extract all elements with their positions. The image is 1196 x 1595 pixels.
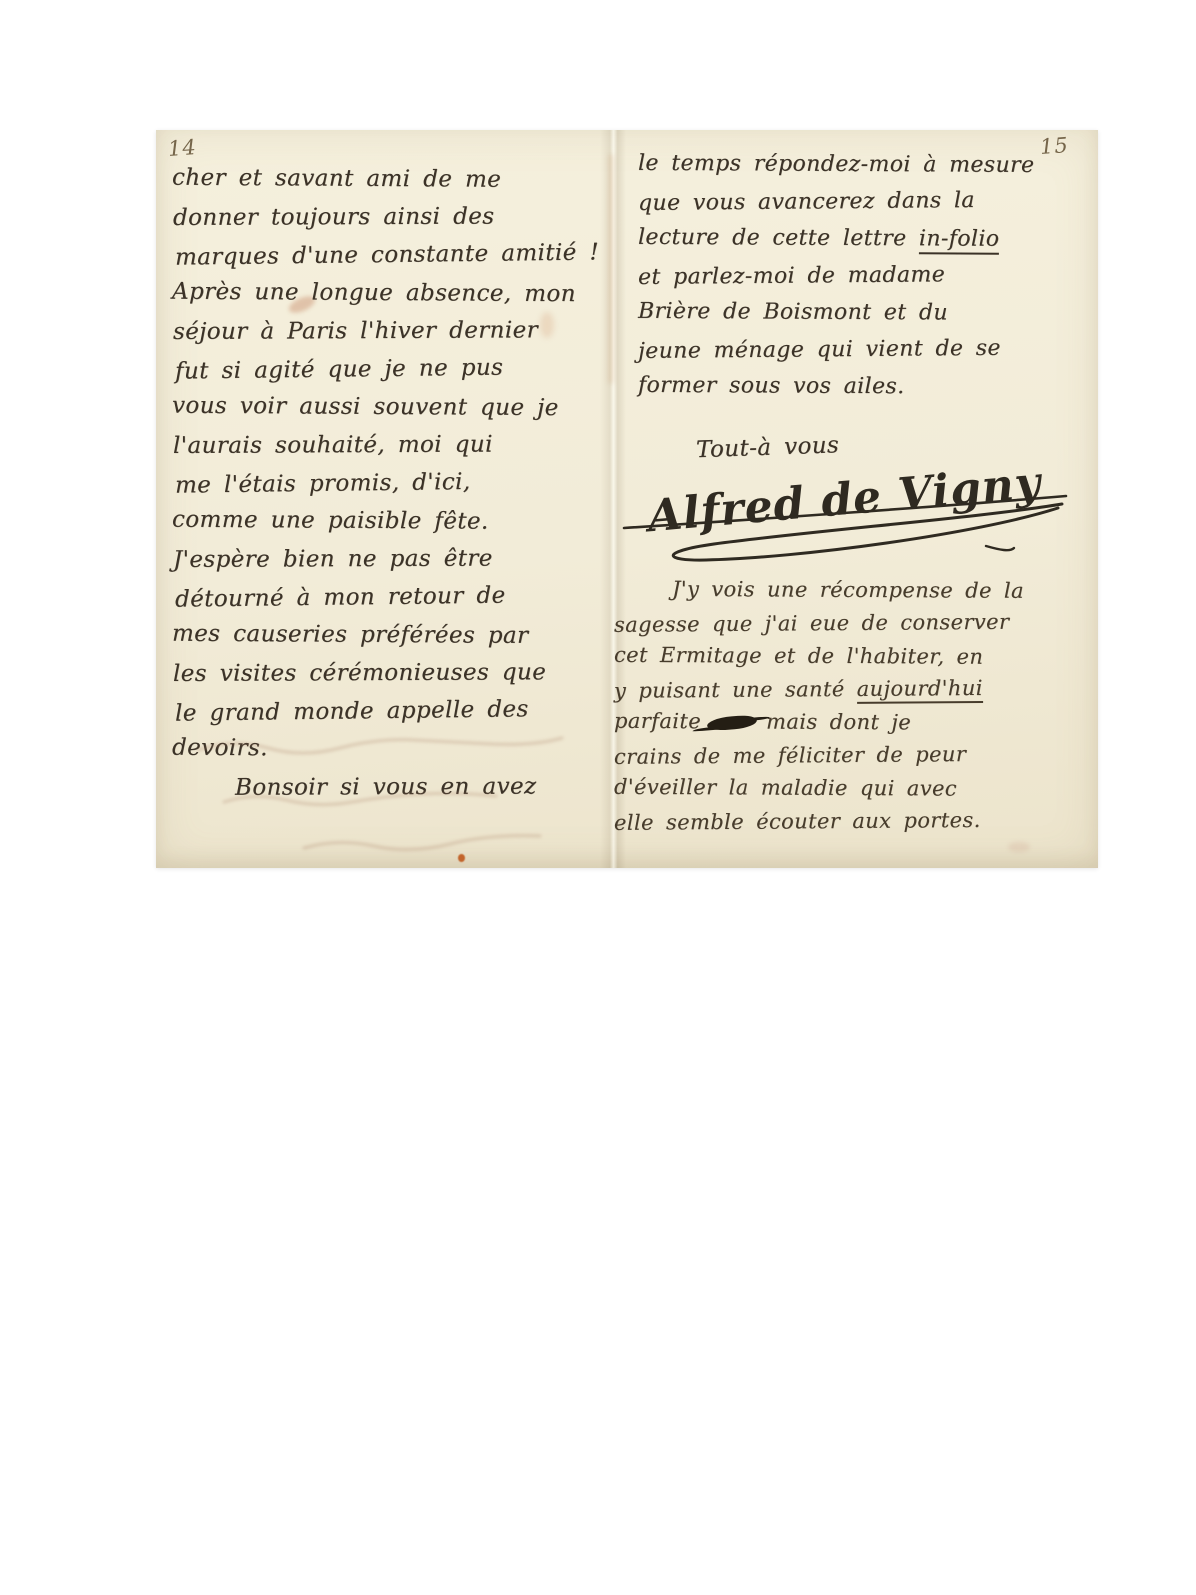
- handwritten-line: marques d'une constante amitié !: [175, 233, 607, 276]
- handwritten-line: jeune ménage qui vient de se: [638, 329, 1088, 370]
- handwritten-line: détourné à mon retour de: [175, 575, 607, 618]
- handwritten-line: Bonsoir si vous en avez: [235, 767, 605, 807]
- line-text: lecture de cette lettre: [638, 225, 919, 251]
- handwritten-line: me l'étais promis, d'ici,: [175, 461, 607, 504]
- handwritten-line: elle semble écouter aux portes.: [614, 803, 1084, 840]
- left-page-text-block: cher et savant ami de me donner toujours…: [172, 160, 604, 806]
- handwritten-line: J'espère bien ne pas être: [173, 539, 605, 579]
- handwritten-line: les visites cérémonieuses que: [173, 653, 605, 693]
- handwritten-line: l'aurais souhaité, moi qui: [173, 425, 605, 465]
- handwritten-line: le grand monde appelle des: [175, 689, 607, 732]
- handwritten-line: mes causeries préférées par: [172, 615, 604, 656]
- handwritten-line: séjour à Paris l'hiver dernier: [173, 311, 605, 351]
- handwritten-line: devoirs.: [172, 729, 604, 770]
- handwritten-line: former sous vos ailes.: [638, 367, 1088, 406]
- handwritten-line: et parlez-moi de madame: [638, 255, 1088, 296]
- signature-alfred-de-vigny: Alfred de Vigny: [618, 448, 1078, 578]
- handwritten-line: comme une paisible fête.: [172, 501, 604, 542]
- line-text: y puisant une santé: [614, 677, 857, 703]
- handwritten-line: J'y vois une récompense de la: [672, 573, 1084, 608]
- postscript-block: J'y vois une récompense de la sagesse qu…: [614, 574, 1084, 838]
- handwritten-line: y puisant une santé aujourd'hui: [614, 671, 1084, 708]
- handwritten-line: Après une longue absence, mon: [172, 273, 604, 314]
- handwritten-line: cet Ermitage et de l'habiter, en: [614, 639, 1084, 674]
- ink-blot-strikeout: [707, 714, 758, 731]
- line-text: mais dont je: [766, 710, 911, 735]
- handwritten-line: d'éveiller la maladie qui avec: [614, 771, 1084, 806]
- handwritten-line: Brière de Boismont et du: [638, 293, 1088, 332]
- handwritten-line: parfaitemais dont je: [614, 705, 1084, 740]
- handwritten-line: sagesse que j'ai eue de conserver: [614, 605, 1084, 642]
- stain-mark: [458, 854, 465, 862]
- manuscript-letter: 14 cher et savant ami de me donner toujo…: [156, 130, 1098, 868]
- right-page-text-block: le temps répondez-moi à mesure que vous …: [638, 146, 1088, 405]
- handwritten-line: le temps répondez-moi à mesure: [638, 145, 1088, 184]
- line-text: parfaite: [614, 709, 701, 733]
- signature-flourish: Alfred de Vigny: [618, 448, 1078, 578]
- handwritten-line: que vous avancerez dans la: [638, 181, 1088, 222]
- handwritten-line: donner toujours ainsi des: [173, 197, 605, 237]
- handwritten-line: fut si agité que je ne pus: [175, 347, 607, 390]
- underlined-word: aujourd'hui: [857, 676, 983, 704]
- page-number: 14: [167, 135, 197, 161]
- handwritten-line: lecture de cette lettre in-folio: [638, 219, 1088, 258]
- handwritten-line: crains de me féliciter de peur: [614, 737, 1084, 774]
- stain-mark: [608, 154, 614, 384]
- underlined-word: in-folio: [919, 226, 1000, 254]
- handwritten-line: cher et savant ami de me: [172, 159, 604, 200]
- stain-mark: [1008, 842, 1030, 852]
- handwritten-line: vous voir aussi souvent que je: [172, 387, 604, 428]
